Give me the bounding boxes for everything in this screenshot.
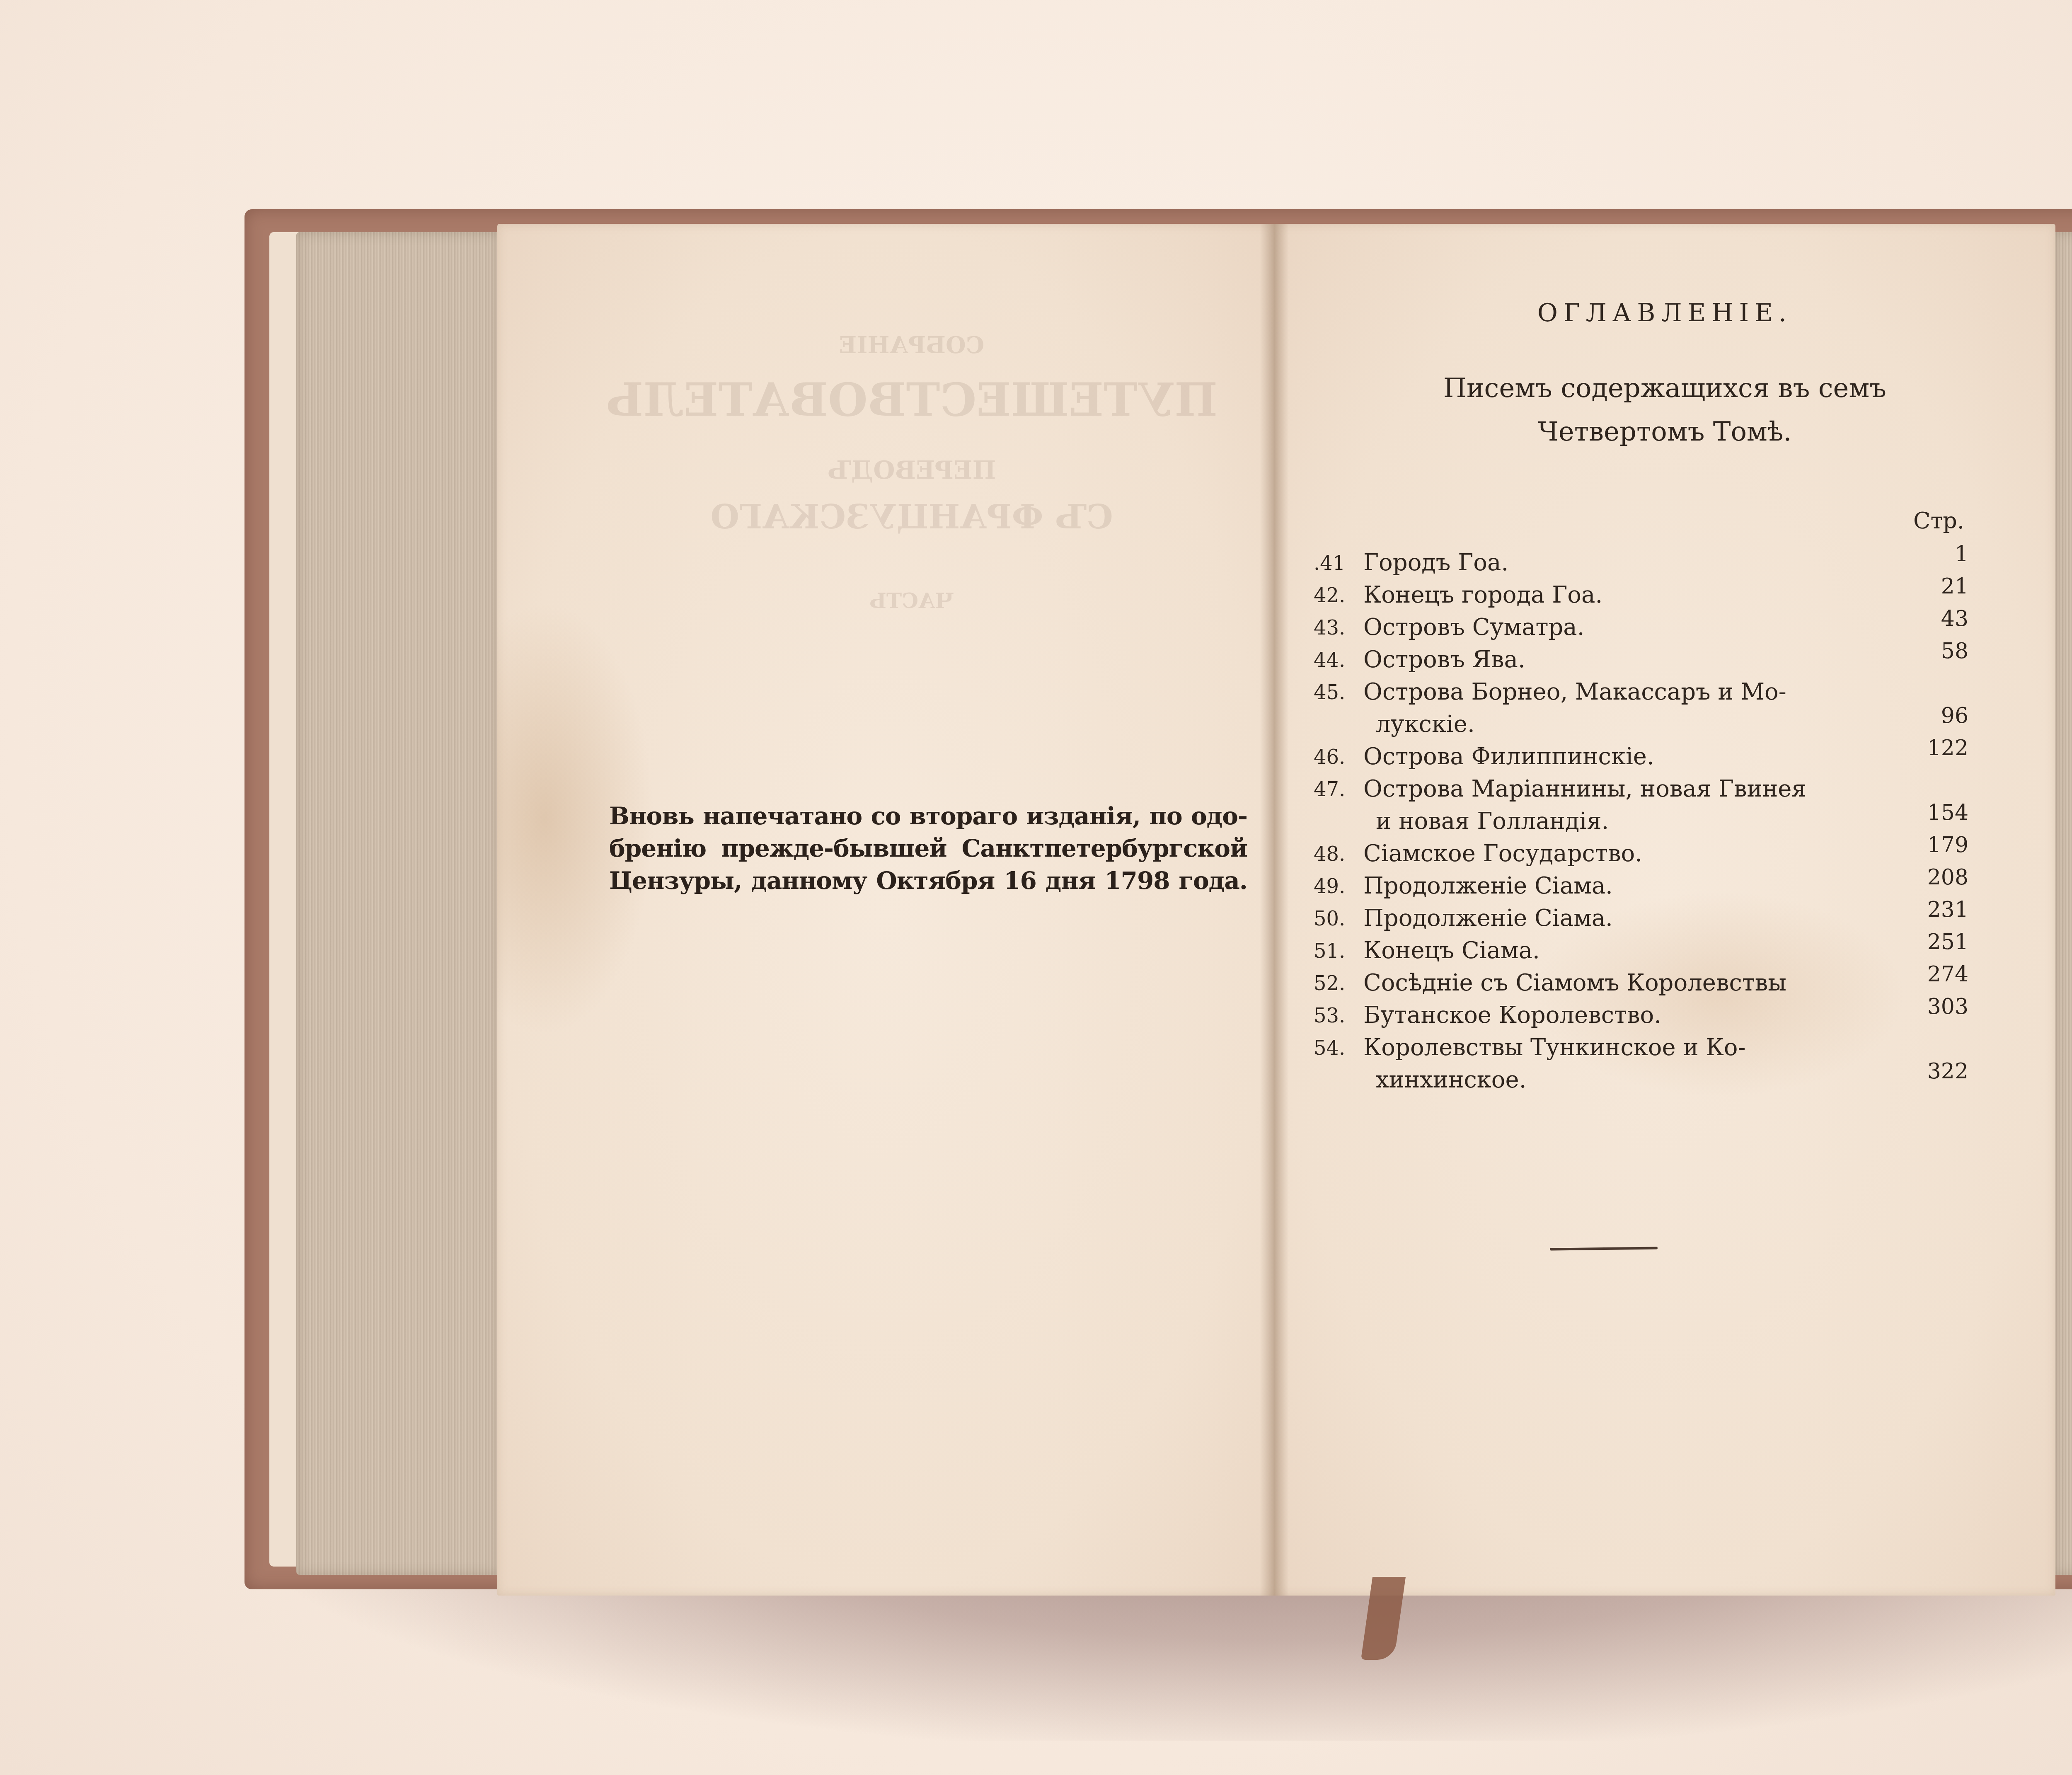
entry-number: 54. [1314,1036,1345,1060]
entry-page: 1 [1955,542,1968,567]
entry-page: 179 [1927,833,1968,857]
entry-title: Острова Маріаннины, новая Гвинея [1363,775,1806,802]
entry-title: Сіамское Государство. [1363,840,1642,867]
entry-number: 52. [1314,972,1345,995]
entry-title: и новая Голландія. [1376,808,1609,835]
entry-number: 43. [1314,616,1345,639]
ghost-text-line: ЧАСТЬ [684,588,1140,613]
entry-title: лукскіе. [1376,711,1475,738]
toc-entry: 46.Острова Филиппинскіе.122 [1314,743,1968,775]
subtitle-line: Писемъ содержащихся въ семъ [1274,373,2055,404]
toc-entry: 51.Конецъ Сіама.251 [1314,937,1968,969]
entry-title: Продолженіе Сіама. [1363,872,1613,899]
table-of-contents: .41Городъ Гоа.1 42.Конецъ города Гоа.21 … [1314,549,1968,1099]
imprint-line: Вновь напечатано со втораго изданія, по … [609,800,1247,832]
entry-page: 21 [1941,574,1968,599]
toc-entry-continuation: лукскіе.96 [1314,711,1968,743]
toc-entry: 49.Продолженіе Сіама.208 [1314,872,1968,905]
entry-page: 208 [1927,865,1968,890]
left-page-edges [296,232,499,1575]
entry-title: Городъ Гоа. [1363,549,1508,576]
entry-number: 47. [1314,778,1345,801]
entry-number: 42. [1314,584,1345,607]
entry-title: хинхинское. [1376,1066,1526,1093]
toc-entry: 43.Островъ Суматра.43 [1314,614,1968,646]
toc-entry: 53.Бутанское Королевство.303 [1314,1002,1968,1034]
page-title: ОГЛАВЛЕНІЕ. [1274,298,2055,327]
entry-title: Продолженіе Сіама. [1363,905,1613,932]
entry-page: 154 [1927,800,1968,825]
entry-number: 50. [1314,907,1345,930]
entry-number: 45. [1314,681,1345,704]
entry-title: Бутанское Королевство. [1363,1002,1661,1029]
entry-page: 43 [1941,606,1968,631]
entry-title: Конецъ Сіама. [1363,937,1540,964]
toc-entry-continuation: и новая Голландія.154 [1314,808,1968,840]
entry-page: 322 [1927,1059,1968,1084]
ghost-text-line: СЪ ФРАНЦУЗСКАГО [601,497,1222,536]
entry-title: Конецъ города Гоа. [1363,581,1602,608]
toc-entry: 54.Королевствы Тункинское и Ко- [1314,1034,1968,1066]
ghost-text-line: СОБРАНІЕ [684,332,1140,359]
entry-title: Островъ Ява. [1363,646,1525,673]
entry-title: Острова Филиппинскіе. [1363,743,1654,770]
toc-entry: 52.Сосѣдніе съ Сіамомъ Королевствы274 [1314,969,1968,1002]
page-column-header: Стр. [1861,508,1964,534]
entry-page: 58 [1941,639,1968,664]
entry-number: 51. [1314,940,1345,963]
imprint-notice: Вновь напечатано со втораго изданія, по … [609,800,1247,897]
entry-page: 231 [1927,897,1968,922]
entry-page: 122 [1927,736,1968,760]
toc-entry: 50.Продолженіе Сіама.231 [1314,905,1968,937]
toc-entry: 42.Конецъ города Гоа.21 [1314,581,1968,614]
entry-page: 303 [1927,994,1968,1019]
ghost-text-line: ПЕРЕВОДЪ [684,456,1140,485]
toc-entry: 48.Сіамское Государство.179 [1314,840,1968,872]
entry-number: .41 [1314,552,1345,575]
entry-page: 251 [1927,930,1968,954]
toc-entry: 45.Острова Борнео, Макассаръ и Мо- [1314,678,1968,711]
entry-title: Островъ Суматра. [1363,614,1585,641]
toc-entry: .41Городъ Гоа.1 [1314,549,1968,581]
entry-number: 53. [1314,1004,1345,1027]
entry-title: Сосѣдніе съ Сіамомъ Королевствы [1363,969,1786,996]
toc-entry: 47.Острова Маріаннины, новая Гвинея [1314,775,1968,808]
imprint-line: бренію прежде-бывшей Санктпетербургской [609,832,1247,864]
toc-entry: 44.Островъ Ява.58 [1314,646,1968,678]
entry-title: Острова Борнео, Макассаръ и Мо- [1363,678,1786,705]
entry-number: 46. [1314,746,1345,769]
right-page-edges [2053,232,2072,1575]
entry-number: 49. [1314,875,1345,898]
subtitle-line: Четвертомъ Томѣ. [1274,417,2055,447]
imprint-line: Цензуры, данному Октября 16 дня 1798 год… [609,864,1247,897]
toc-entry-continuation: хинхинское.322 [1314,1066,1968,1099]
entry-number: 44. [1314,649,1345,672]
entry-page: 274 [1927,962,1968,987]
entry-number: 48. [1314,843,1345,866]
entry-title: Королевствы Тункинское и Ко- [1363,1034,1746,1061]
entry-page: 96 [1941,703,1968,728]
ghost-text-line: ПУТЕШЕСТВОВАТЕЛЬ [601,373,1222,426]
